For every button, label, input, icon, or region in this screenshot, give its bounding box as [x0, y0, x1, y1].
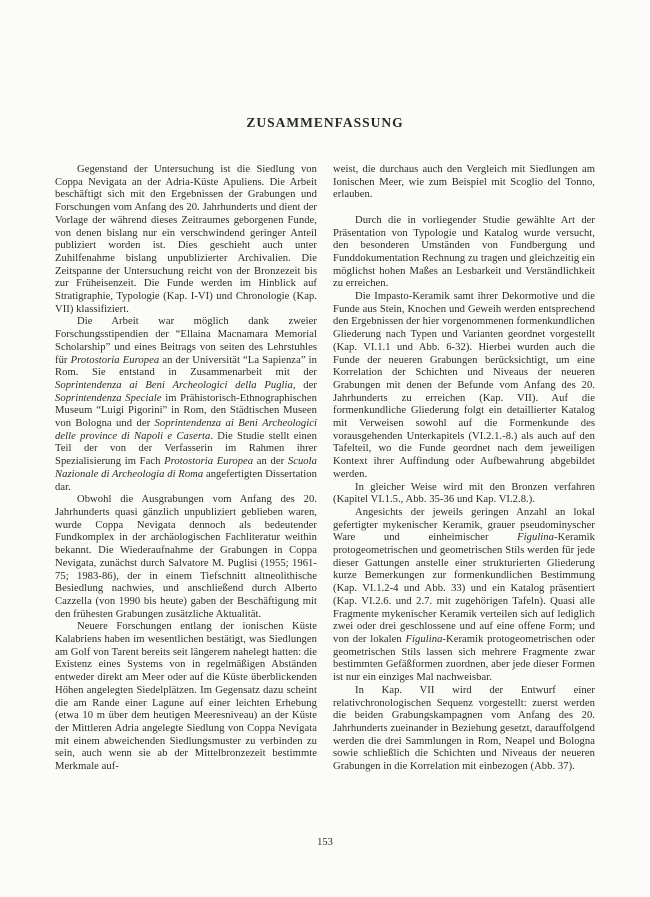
- page-title: ZUSAMMENFASSUNG: [55, 115, 595, 131]
- page-number: 153: [0, 837, 650, 848]
- text-segment: Die Impasto-Keramik samt ihrer Dekormoti…: [333, 291, 595, 480]
- italic-text-segment: Protostoria Europea: [164, 456, 253, 467]
- text-segment: Durch die in vorliegender Studie gewählt…: [333, 215, 595, 290]
- italic-text-segment: Protostoria Europea: [71, 355, 160, 366]
- paragraph: In Kap. VII wird der Entwurf einer relat…: [333, 685, 595, 774]
- paragraph: Durch die in vorliegender Studie gewählt…: [333, 215, 595, 291]
- text-columns: Gegenstand der Untersuchung ist die Sied…: [55, 164, 595, 774]
- left-column: Gegenstand der Untersuchung ist die Sied…: [55, 164, 317, 774]
- text-segment: weist, die durchaus auch den Vergleich m…: [333, 164, 595, 200]
- text-segment: an der: [253, 456, 288, 467]
- text-segment: , der: [293, 380, 317, 391]
- paragraph: Die Arbeit war möglich dank zweier Forsc…: [55, 316, 317, 494]
- paragraph: Die Impasto-Keramik samt ihrer Dekormoti…: [333, 291, 595, 482]
- paragraph: Gegenstand der Untersuchung ist die Sied…: [55, 164, 317, 316]
- paragraph: Obwohl die Ausgrabungen vom Anfang des 2…: [55, 494, 317, 621]
- document-page: ZUSAMMENFASSUNG Gegenstand der Untersuch…: [0, 0, 650, 897]
- italic-text-segment: Figulina: [406, 634, 443, 645]
- italic-text-segment: Soprintendenza Speciale: [55, 393, 162, 404]
- text-segment: Obwohl die Ausgrabungen vom Anfang des 2…: [55, 494, 317, 619]
- italic-text-segment: Figulina: [517, 532, 554, 543]
- paragraph: Neuere Forschungen entlang der ionischen…: [55, 621, 317, 773]
- italic-text-segment: Soprintendenza ai Beni Archeologici dell…: [55, 380, 293, 391]
- text-segment: In Kap. VII wird der Entwurf einer relat…: [333, 685, 595, 772]
- right-column: weist, die durchaus auch den Vergleich m…: [333, 164, 595, 774]
- text-segment: In gleicher Weise wird mit den Bronzen v…: [333, 482, 595, 506]
- text-segment: Neuere Forschungen entlang der ionischen…: [55, 621, 317, 772]
- text-segment: Gegenstand der Untersuchung ist die Sied…: [55, 164, 317, 315]
- paragraph: In gleicher Weise wird mit den Bronzen v…: [333, 482, 595, 507]
- paragraph: Angesichts der jeweils geringen Anzahl a…: [333, 507, 595, 685]
- paragraph: weist, die durchaus auch den Vergleich m…: [333, 164, 595, 202]
- text-segment: -Keramik protogeometrischen und geometri…: [333, 532, 595, 645]
